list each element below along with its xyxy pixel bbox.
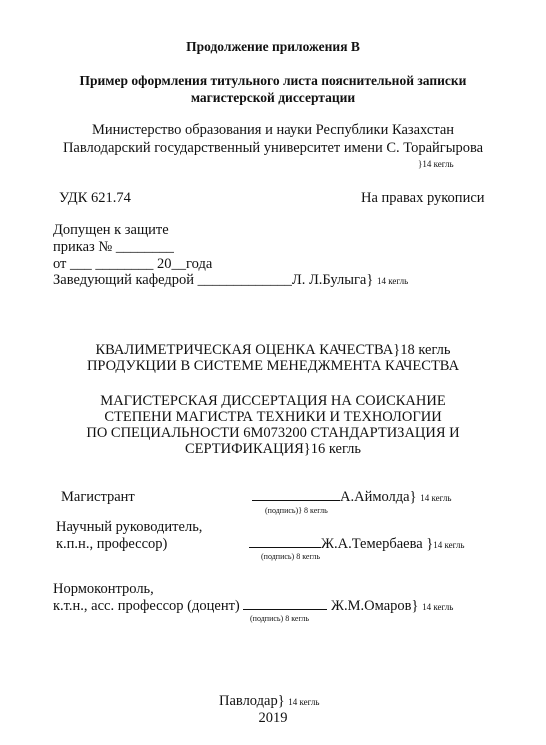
footer-size-note: 14 кегль	[288, 697, 319, 707]
order-line: приказ № ________	[53, 238, 174, 256]
signer-name: А.Аймолда}	[340, 489, 417, 505]
year-suffix: года	[186, 256, 212, 272]
signature-role-supervisor-line1: Научный руководитель,	[56, 518, 202, 536]
head-signature-blank: _____________	[198, 272, 292, 288]
signature-role-normcontrol-line2: к.т.н., асс. профессор (доцент)	[53, 598, 240, 614]
head-name: Л. Л.Булыга}	[292, 272, 373, 288]
signature-line	[249, 535, 321, 548]
example-title-line1: Пример оформления титульного листа поясн…	[0, 72, 546, 90]
signature-caption-supervisor: (подпись) 8 кегль	[261, 552, 320, 561]
signature-row-student: А.Аймолда} 14 кегль	[252, 488, 451, 507]
admission-label: Допущен к защите	[53, 221, 169, 239]
example-title-line2: магистерской диссертации	[0, 89, 546, 107]
head-size-note: 14 кегль	[377, 276, 408, 286]
signature-role-student: Магистрант	[61, 488, 135, 506]
footer-city: Павлодар}	[219, 693, 285, 709]
signer-name: Ж.А.Темербаева }	[321, 536, 433, 552]
signature-role-normcontrol-line1: Нормоконтроль,	[53, 580, 154, 598]
signer-size-note: 14 кегль	[433, 540, 464, 550]
signature-caption-student: (подпись)} 8 кегль	[265, 506, 328, 515]
ministry-line: Министерство образования и науки Республ…	[0, 121, 546, 139]
signature-caption-normcontrol: (подпись) 8 кегль	[250, 614, 309, 623]
month-blank: ________	[95, 256, 153, 272]
footer-year: 2019	[0, 709, 546, 727]
udk: УДК 621.74	[59, 189, 131, 207]
university-line: Павлодарский государственный университет…	[0, 139, 546, 157]
year-prefix: 20	[157, 256, 172, 272]
size-note-text: }14 кегль	[418, 159, 454, 169]
signer-size-note: 14 кегль	[422, 602, 453, 612]
order-number-blank: ________	[116, 239, 174, 255]
signature-line	[252, 488, 340, 501]
day-blank: ___	[70, 256, 92, 272]
signer-size-note: 14 кегль	[420, 493, 451, 503]
head-of-department-line: Заведующий кафедрой _____________Л. Л.Бу…	[53, 271, 408, 290]
head-label: Заведующий кафедрой	[53, 272, 194, 288]
degree-line4: СЕРТИФИКАЦИЯ}16 кегль	[0, 440, 546, 458]
order-label: приказ №	[53, 239, 112, 255]
from-label: от	[53, 256, 66, 272]
signature-line	[243, 597, 327, 610]
appendix-title: Продолжение приложения В	[0, 38, 546, 56]
institution-size-note: }14 кегль	[418, 155, 454, 171]
manuscript-rights: На правах рукописи	[361, 189, 485, 207]
signature-role-supervisor-line2: к.п.н., профессор)	[56, 535, 167, 553]
topic-line2: ПРОДУКЦИИ В СИСТЕМЕ МЕНЕДЖМЕНТА КАЧЕСТВА	[0, 357, 546, 375]
signer-name: Ж.М.Омаров}	[331, 598, 418, 614]
year-blank: __	[172, 256, 187, 272]
